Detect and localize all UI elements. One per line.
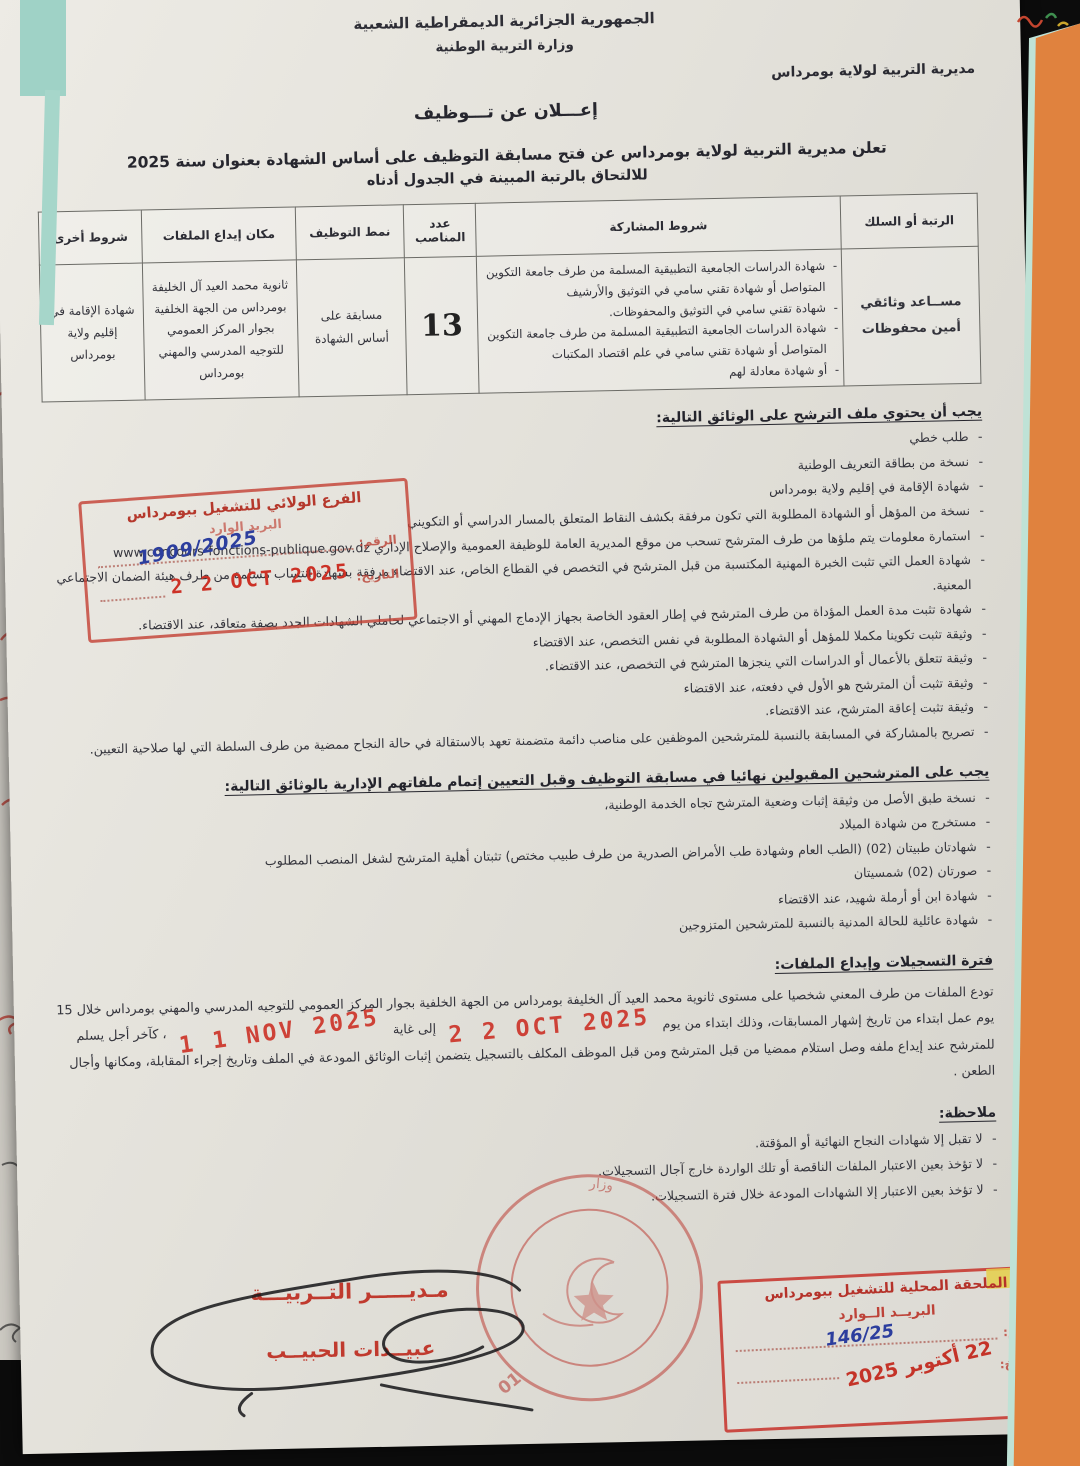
registration-paragraph: تودع الملفات من طرف المعني شخصيا على مست… [54,980,996,1104]
directorate-title: مديرية التربية لولاية بومرداس [35,61,975,96]
end-date-stamp: 1 1 NOV 2025 [178,1009,381,1056]
handwritten-number: 146/25 [824,1321,895,1351]
cell-rank: مســاعد وثائقي أمين محفوظات [841,247,981,387]
dotted-line [737,1365,840,1384]
svg-text:وزارة التربية الوطنية - مديرية: وزارة التربية الوطنية - مديرية التربية ا… [462,1160,615,1197]
announcement-title: إعـــلان عن تـــوظيف [36,93,976,132]
registry-stamp-top: الفرع الولائي للتشغيل ببومرداس البريد ال… [78,478,417,644]
cell-other: شهادة الإقامة في إقليم ولاية بومرداس [39,263,145,402]
positions-table: الرتبة أو السلك شروط المشاركة عدد المناص… [38,193,982,403]
dotted-line [99,584,164,603]
col-positions: عدد المناصب [403,204,476,258]
cell-conditions: شهادة الدراسات الجامعية التطبيقية المسلم… [477,249,844,393]
para-between: إلى غاية [393,1022,436,1038]
rank-line1: مســاعد وثائقي [849,289,973,317]
rank-line2: أمين محفوظات [849,315,973,343]
col-mode: نمط التوظيف [295,205,405,260]
col-rank: الرتبة أو السلك [840,194,978,250]
teal-folder-tab [20,0,66,96]
director-signature-block: مـديـــــر التــربيـــة عبيــدات الحبيــ… [129,1275,572,1434]
cell-mode: مسابقة على أساس الشهادة [296,258,407,397]
condition-item: شهادة الدراسات الجامعية التطبيقية المسلم… [483,256,835,304]
start-date-stamp: 2 2 OCT 2025 [448,1009,651,1045]
section2-list: نسخة طبق الأصل من وثيقة إثبات وضعية المت… [50,785,993,951]
cell-positions: 13 [405,257,480,395]
cell-place: ثانوية محمد العيد آل الخليفة بومرداس من … [143,260,299,400]
seal-ring-text: وزارة التربية الوطنية - مديرية التربية ا… [462,1160,615,1197]
date-stamp-value: 2 2 OCT 2025 [169,559,351,599]
document-page: الجمهورية الجزائرية الديمقراطية الشعبية … [0,0,1049,1454]
table-row: مســاعد وثائقي أمين محفوظات شهادة الدراس… [39,247,981,403]
corner-scribble-marks-icon [1012,2,1072,42]
condition-item: شهادة الدراسات الجامعية التطبيقية المسلم… [485,318,837,366]
scanned-document-background: الجمهورية الجزائرية الديمقراطية الشعبية … [0,0,1080,1466]
stamp-date-label: التاريخ: [356,567,400,584]
col-conditions: شروط المشاركة [476,196,842,256]
ink-signature-icon [129,1261,572,1430]
col-place: مكان إيداع الملفات [142,207,296,263]
positions-count: 13 [421,308,463,344]
stamp-number-label: الرقم: [358,533,397,550]
